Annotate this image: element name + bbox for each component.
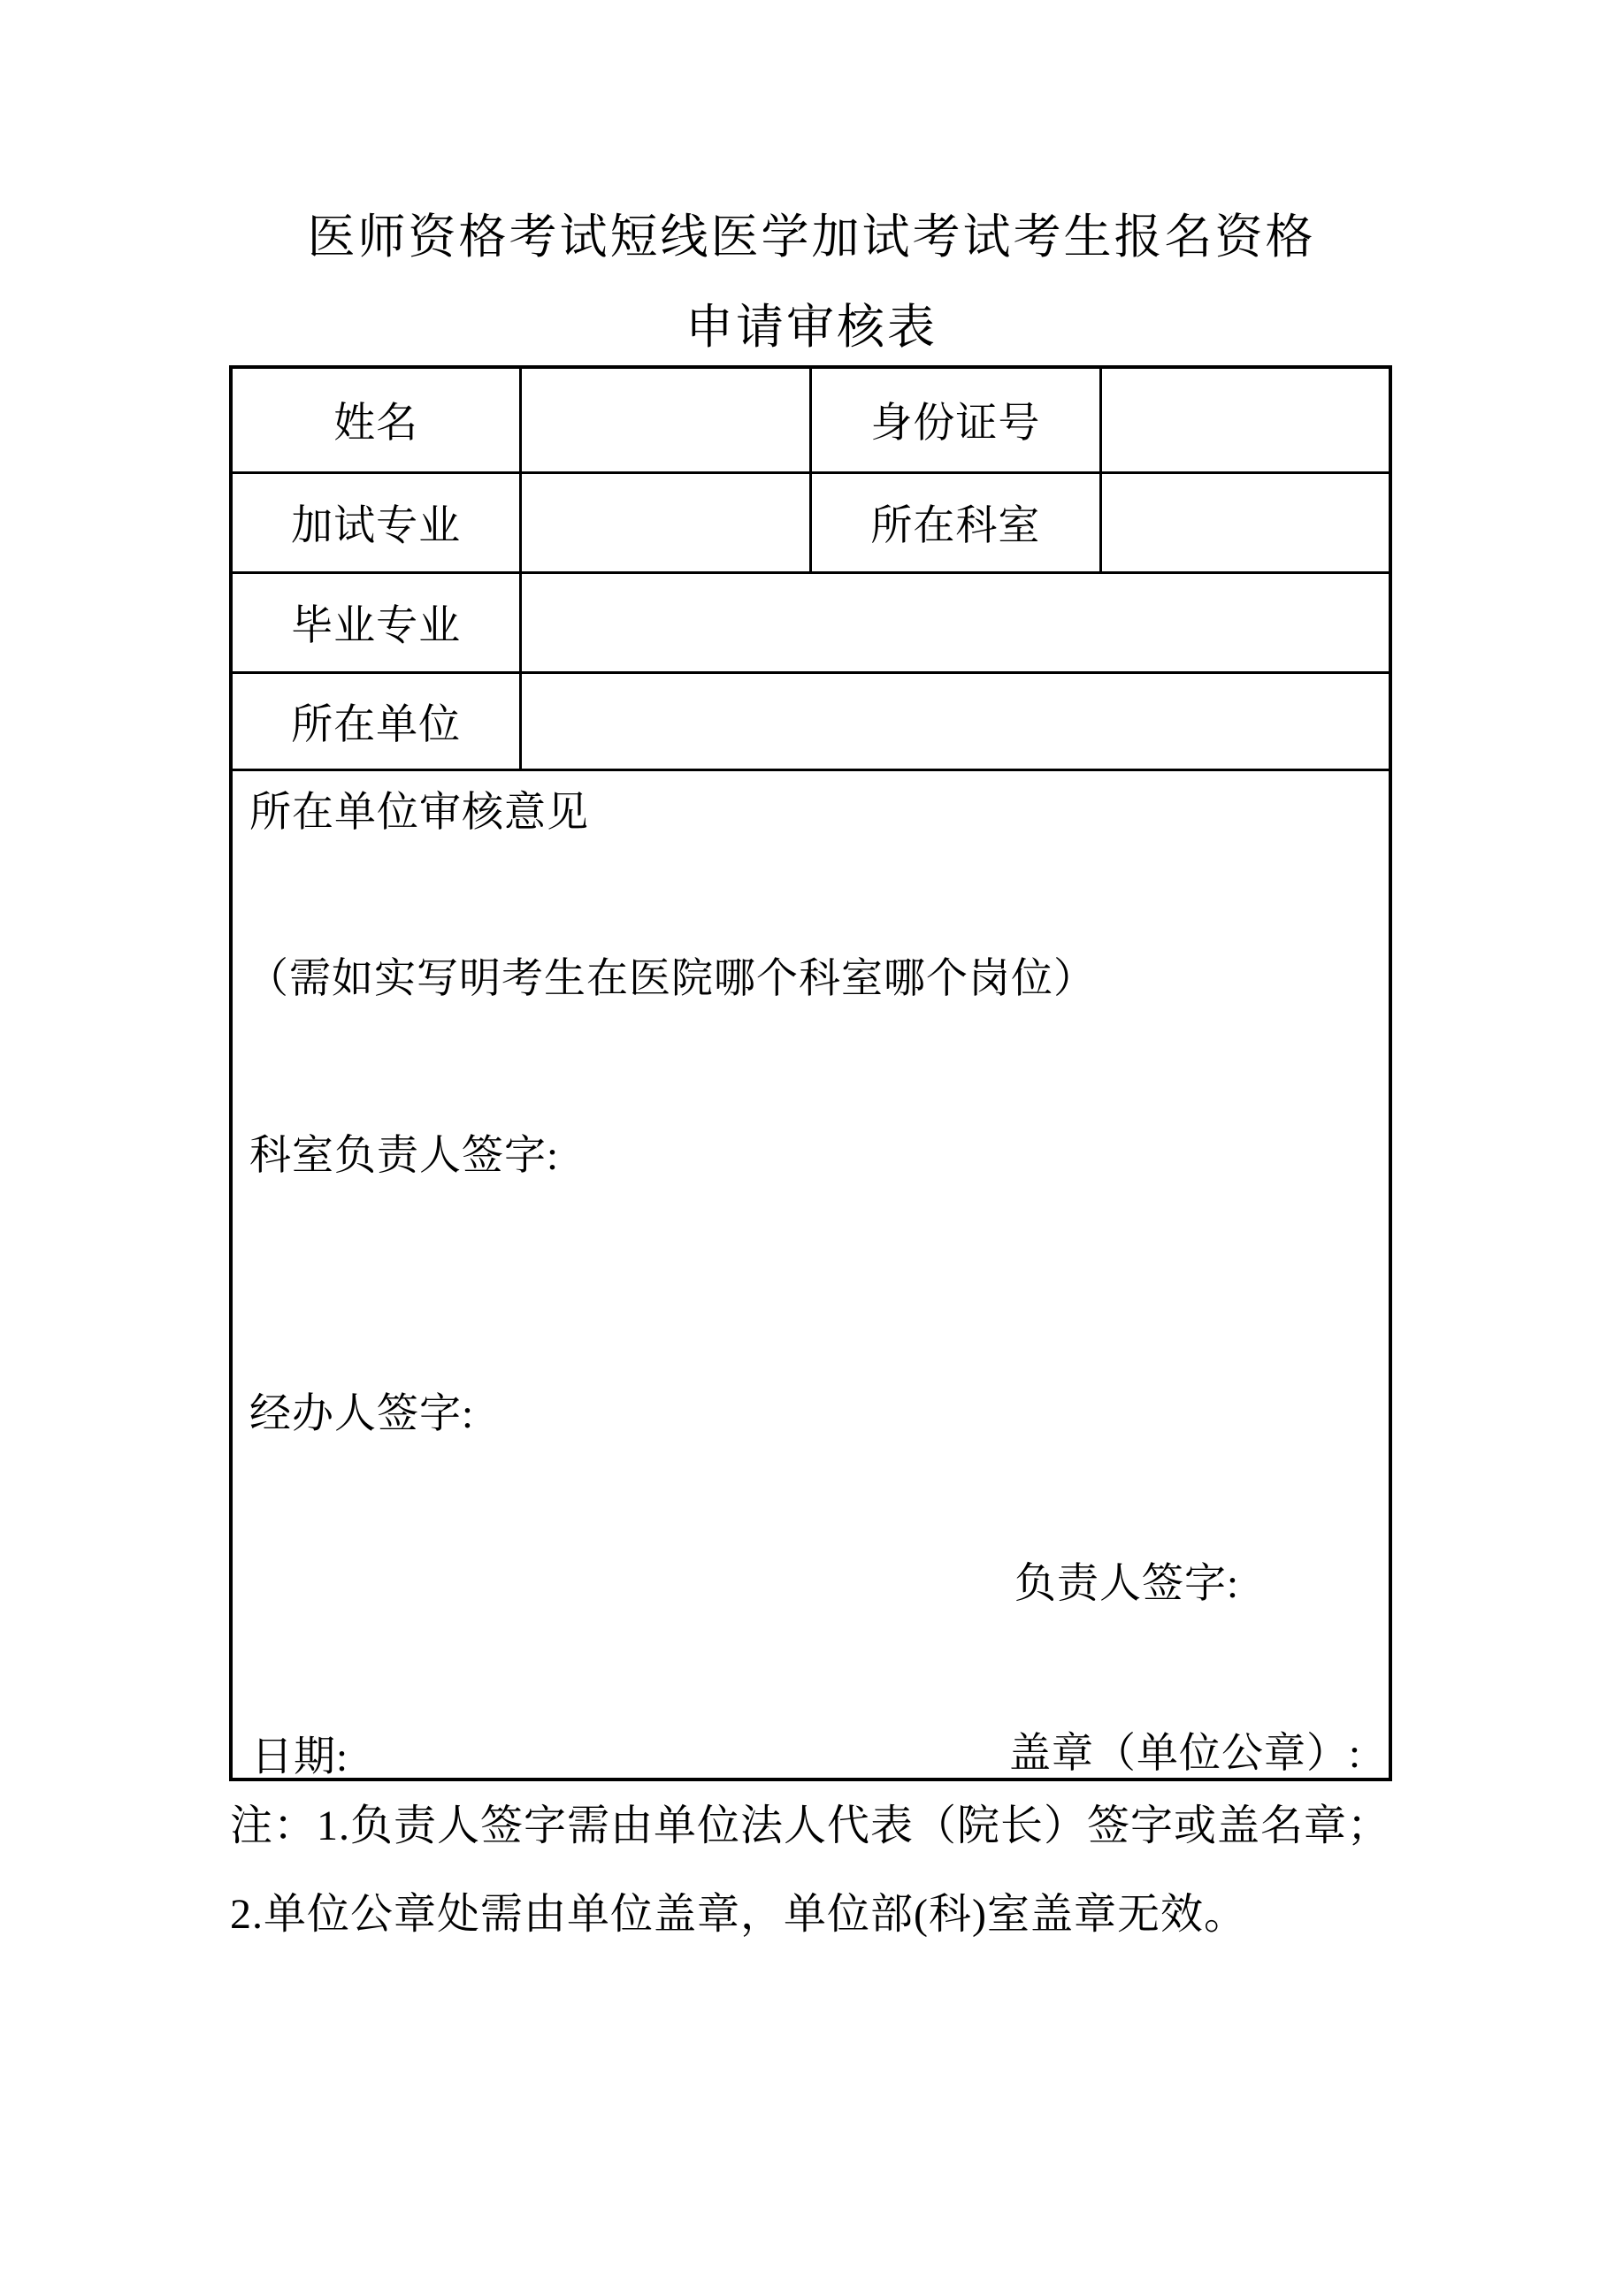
name-label: 姓名 <box>231 367 521 472</box>
dept-head-signature-label: 科室负责人签字: <box>249 1130 559 1182</box>
unit-label: 所在单位 <box>231 672 521 769</box>
handler-signature-label: 经办人签字: <box>249 1389 474 1441</box>
table-row-unit: 所在单位 <box>231 672 1390 769</box>
review-instruction-note: （需如实写明考生在医院哪个科室哪个岗位） <box>247 953 1096 1006</box>
additional-specialty-input-cell <box>521 472 811 572</box>
id-number-input-cell <box>1100 367 1390 472</box>
note-line-1: 注：1.负责人签字需由单位法人代表（院长）签字或盖名章； <box>230 1801 1390 1852</box>
unit-review-opinion-heading: 所在单位审核意见 <box>249 787 589 839</box>
unit-input-cell <box>521 672 1390 769</box>
document-page: 医师资格考试短线医学加试考试考生报名资格 申请审核表 姓名 身份证号 加试专业 … <box>0 0 1623 2296</box>
graduation-specialty-label: 毕业专业 <box>231 572 521 672</box>
id-number-label: 身份证号 <box>811 367 1101 472</box>
additional-specialty-label: 加试专业 <box>231 472 521 572</box>
table-row-graduation-specialty: 毕业专业 <box>231 572 1390 672</box>
document-title-line2: 申请审核表 <box>0 299 1623 356</box>
department-label: 所在科室 <box>811 472 1101 572</box>
note-line-2: 2.单位公章处需由单位盖章，单位部(科)室盖章无效。 <box>230 1889 1247 1940</box>
document-title-line1: 医师资格考试短线医学加试考试考生报名资格 <box>0 209 1623 266</box>
table-row-unit-review: 所在单位审核意见 （需如实写明考生在医院哪个科室哪个岗位） 科室负责人签字: 经… <box>231 769 1390 1779</box>
responsible-person-signature-label: 负责人签字: <box>1014 1558 1239 1611</box>
name-input-cell <box>521 367 811 472</box>
graduation-specialty-input-cell <box>521 572 1390 672</box>
department-input-cell <box>1100 472 1390 572</box>
table-row-name-id: 姓名 身份证号 <box>231 367 1390 472</box>
date-label: 日期: <box>251 1732 348 1784</box>
table-row-specialty-department: 加试专业 所在科室 <box>231 472 1390 572</box>
unit-review-cell: 所在单位审核意见 （需如实写明考生在医院哪个科室哪个岗位） 科室负责人签字: 经… <box>231 769 1390 1779</box>
official-seal-label: 盖章（单位公章）: <box>1009 1728 1361 1780</box>
application-form-table: 姓名 身份证号 加试专业 所在科室 毕业专业 所在单位 所在单位审核意见 （需如… <box>229 365 1392 1781</box>
